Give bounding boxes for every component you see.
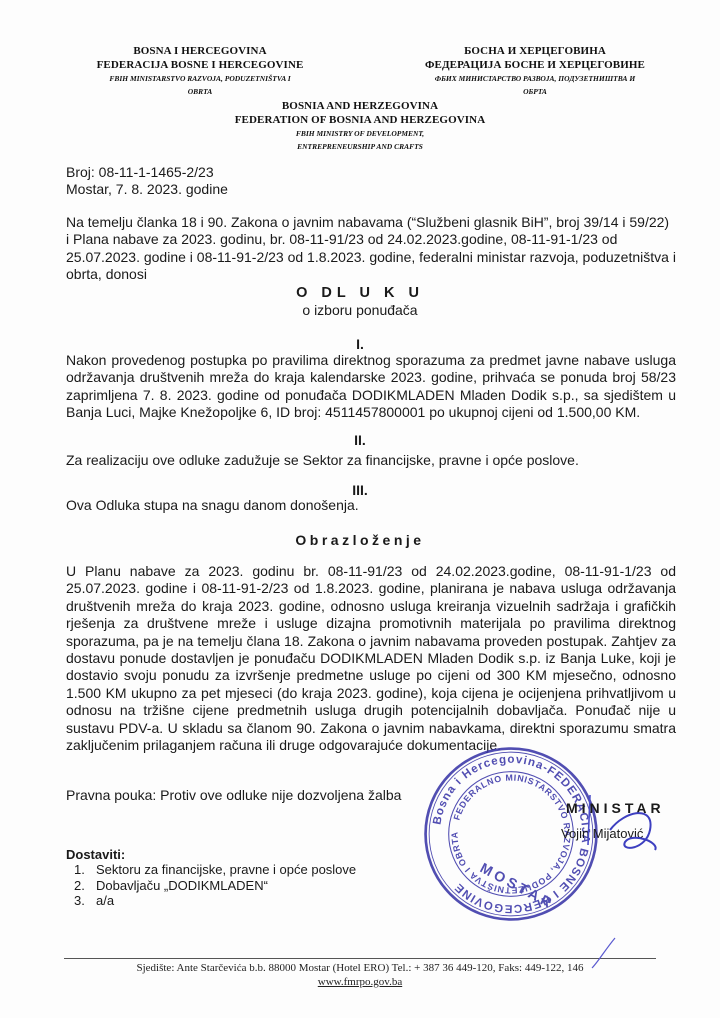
header-federation-cyrillic: ФЕДЕРАЦИЈА БОСНЕ И ХЕРЦЕГОВИНЕ [410,58,660,72]
section-1-text: Nakon provedenog postupka po pravilima d… [66,352,676,422]
list-item: 1.Sektoru za financijske, pravne i opće … [74,862,356,878]
intro-paragraph: Na temelju članka 18 i 90. Zakona o javn… [66,214,676,284]
distribution-label: Dostaviti: [66,846,125,863]
header-federation: FEDERACIJA BOSNE I HERCEGOVINE [80,58,320,72]
header-ministry-cyrillic: ФБИХ МИНИСТАРСТВО РАЗВОЈА, ПОДУЗЕТНИШТВА… [410,72,660,98]
section-1-number: I. [0,336,720,353]
footer-divider [64,958,656,959]
document-reference: Broj: 08-11-1-1465-2/23 Mostar, 7. 8. 20… [66,164,228,199]
header-ministry-english: FBIH MINISTRY OF DEVELOPMENT,ENTREPRENEU… [200,127,520,153]
header-right-cyrillic: БОСНА И ХЕРЦЕГОВИНА ФЕДЕРАЦИЈА БОСНЕ И Х… [410,44,660,98]
section-2-text: Za realizaciju ove odluke zadužuje se Se… [66,452,686,469]
header-country-english: BOSNIA AND HERZEGOVINA [200,99,520,113]
header-country: BOSNA I HERCEGOVINA [80,44,320,58]
decision-subtitle: o izboru ponuđača [0,302,720,319]
list-item: 3.a/a [74,893,356,909]
document-page: BOSNA I HERCEGOVINA FEDERACIJA BOSNE I H… [0,0,720,1018]
header-center-english: BOSNIA AND HERZEGOVINA FEDERATION OF BOS… [200,99,520,153]
header-country-cyrillic: БОСНА И ХЕРЦЕГОВИНА [410,44,660,58]
footer-website-link[interactable]: www.fmrpo.gov.ba [0,976,720,988]
place-date: Mostar, 7. 8. 2023. godine [66,181,228,198]
decision-title: O DL U K U [0,285,720,302]
header-federation-english: FEDERATION OF BOSNIA AND HERZEGOVINA [200,113,520,127]
section-2-number: II. [0,432,720,449]
reference-number: Broj: 08-11-1-1465-2/23 [66,164,228,181]
legal-notice: Pravna pouka: Protiv ove odluke nije doz… [66,787,401,804]
reasoning-text: U Planu nabave za 2023. godinu br. 08-11… [66,563,676,754]
distribution-list: 1.Sektoru za financijske, pravne i opće … [74,862,356,909]
reasoning-title: Obrazloženje [0,532,720,549]
header-left-latin: BOSNA I HERCEGOVINA FEDERACIJA BOSNE I H… [80,44,320,98]
list-item: 2.Dobavljaču „DODIKMLADEN“ [74,878,356,894]
header-ministry: FBIH MINISTARSTVO RAZVOJA, PODUZETNIŠTVA… [80,72,320,98]
handwritten-signature-icon [580,790,720,970]
section-3-text: Ova Odluka stupa na snagu danom donošenj… [66,497,686,514]
